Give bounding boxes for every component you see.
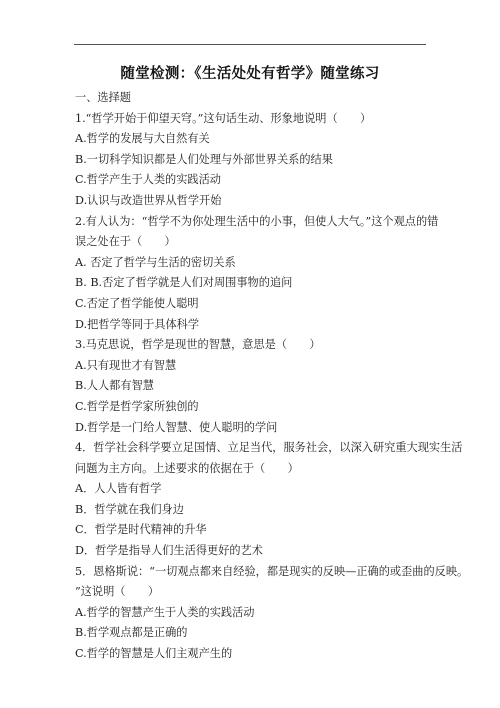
option-b: B.人人都有智慧: [75, 376, 430, 397]
header-rule: [74, 44, 426, 45]
option-b: B. B.否定了哲学就是人们对周围事物的追问: [75, 273, 430, 294]
document-body: 一、选择题 1.“哲学开始于仰望天穹。”这句话生动、形象地说明（ ） A.哲学的…: [75, 88, 430, 665]
option-a: A.只有现世才有智慧: [75, 356, 430, 377]
question-stem-continued: 问题为主方向。上述要求的依据在于（ ）: [75, 459, 430, 480]
option-c: C．哲学是时代精神的升华: [75, 520, 430, 541]
question-stem-continued: 误之处在于（ ）: [75, 232, 430, 253]
option-a: A.哲学的发展与大自然有关: [75, 129, 430, 150]
section-header: 一、选择题: [75, 88, 430, 109]
question-stem: 1.“哲学开始于仰望天穹。”这句话生动、形象地说明（ ）: [75, 109, 430, 130]
option-c: C.否定了哲学能使人聪明: [75, 294, 430, 315]
question-1: 1.“哲学开始于仰望天穹。”这句话生动、形象地说明（ ） A.哲学的发展与大自然…: [75, 109, 430, 212]
question-5: 5．恩格斯说：“一切观点都来自经验，都是现实的反映—正确的或歪曲的反映。 ”这说…: [75, 562, 430, 665]
option-a: A.哲学的智慧产生于人类的实践活动: [75, 603, 430, 624]
question-stem: 3.马克思说，哲学是现世的智慧，意思是（ ）: [75, 335, 430, 356]
option-b: B.一切科学知识都是人们处理与外部世界关系的结果: [75, 150, 430, 171]
option-d: D.把哲学等同于具体科学: [75, 315, 430, 336]
question-stem: 4．哲学社会科学要立足国情、立足当代，服务社会，以深入研究重大现实生活: [75, 438, 430, 459]
option-d: D.哲学是一门给人智慧、使人聪明的学问: [75, 418, 430, 439]
option-d: D.认识与改造世界从哲学开始: [75, 191, 430, 212]
question-2: 2.有人认为：“哲学不为你处理生活中的小事，但使人大气。”这个观点的错 误之处在…: [75, 212, 430, 336]
question-stem: 2.有人认为：“哲学不为你处理生活中的小事，但使人大气。”这个观点的错: [75, 212, 430, 233]
question-4: 4．哲学社会科学要立足国情、立足当代，服务社会，以深入研究重大现实生活 问题为主…: [75, 438, 430, 562]
option-d: D．哲学是指导人们生活得更好的艺术: [75, 541, 430, 562]
option-c: C.哲学是哲学家所独创的: [75, 397, 430, 418]
option-a: A．人人皆有哲学: [75, 479, 430, 500]
question-stem-continued: ”这说明（ ）: [75, 582, 430, 603]
option-b: B．哲学就在我们身边: [75, 500, 430, 521]
option-c: C.哲学的智慧是人们主观产生的: [75, 644, 430, 665]
option-b: B.哲学观点都是正确的: [75, 623, 430, 644]
question-3: 3.马克思说，哲学是现世的智慧，意思是（ ） A.只有现世才有智慧 B.人人都有…: [75, 335, 430, 438]
option-a: A. 否定了哲学与生活的密切关系: [75, 253, 430, 274]
question-stem: 5．恩格斯说：“一切观点都来自经验，都是现实的反映—正确的或歪曲的反映。: [75, 562, 430, 583]
option-c: C.哲学产生于人类的实践活动: [75, 170, 430, 191]
document-title: 随堂检测：《生活处处有哲学》随堂练习: [0, 62, 500, 83]
